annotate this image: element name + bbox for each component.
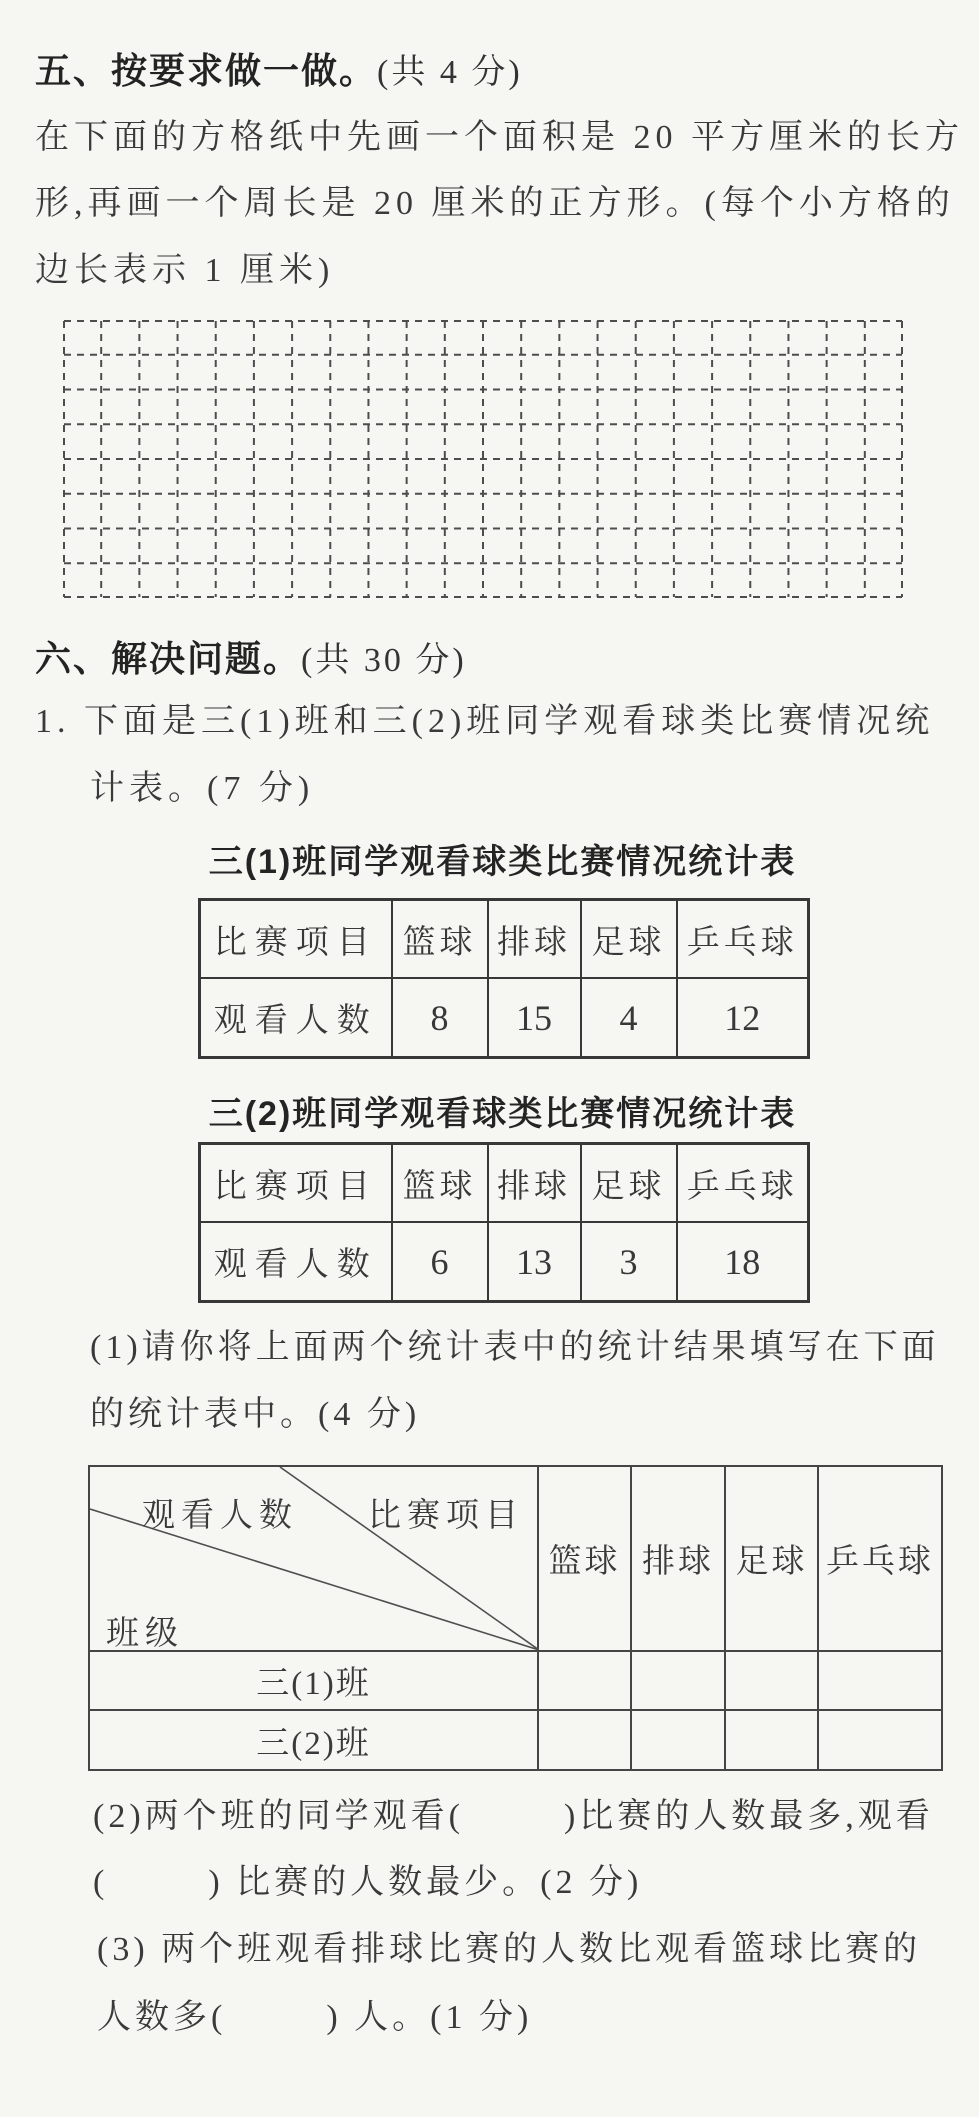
table2-header-cell: 乒乓球 [677,1144,809,1223]
corner-label-items: 比赛项目 [368,1489,524,1536]
drawing-grid [63,320,903,598]
subq1-line-2: 的统计表中。(4 分) [90,1395,420,1435]
fill-table-row-label: 三(2)班 [89,1710,538,1770]
table1-value-basketball: 8 [392,978,488,1058]
table2-header-cell: 比赛项目 [200,1144,392,1223]
table2-title: 三(2)班同学观看球类比赛情况统计表 [178,1086,827,1135]
fill-table-header-cell: 篮球 [538,1466,631,1651]
empty-answer-cell [538,1651,631,1710]
corner-label-viewers: 观看人数 [142,1489,298,1536]
question1-line-2: 计表。(7 分) [90,769,314,809]
table1-header-cell: 足球 [581,900,677,979]
section6-heading: 六、解决问题。(共 30 分) [35,638,467,680]
table-class2: 比赛项目 篮球 排球 足球 乒乓球 观看人数 6 13 3 18 [198,1142,810,1303]
table1-value-pingpong: 12 [677,978,809,1058]
table1-title: 三(1)班同学观看球类比赛情况统计表 [178,834,827,883]
table1-value-football: 4 [581,978,677,1058]
section5-heading-score: (共 4 分) [377,54,523,91]
table1-header-cell: 篮球 [392,900,488,979]
fill-table-corner-cell: 观看人数 比赛项目 班级 [89,1466,538,1651]
empty-answer-cell [818,1710,942,1770]
empty-answer-cell [725,1651,818,1710]
table2-data-row: 观看人数 6 13 3 18 [200,1222,809,1302]
empty-answer-cell [538,1710,631,1770]
section6-heading-score: (共 30 分) [301,642,467,679]
table2-value-basketball: 6 [392,1222,488,1302]
table2-value-volleyball: 13 [488,1222,581,1302]
table2-header-row: 比赛项目 篮球 排球 足球 乒乓球 [200,1144,809,1223]
table2-header-cell: 篮球 [392,1144,488,1223]
section5-heading-text: 五、按要求做一做。 [35,50,377,91]
subq2-line-2: ( ) 比赛的人数最少。(2 分) [93,1863,642,1903]
fill-table-row-class2: 三(2)班 [89,1710,942,1770]
table1-value-volleyball: 15 [488,978,581,1058]
fill-table-row-label: 三(1)班 [89,1651,538,1710]
table1-header-cell: 排球 [488,900,581,979]
summary-fill-table: 观看人数 比赛项目 班级 篮球 排球 足球 乒乓球 三(1)班 三(2)班 [88,1465,943,1771]
section5-body-line-3: 边长表示 1 厘米) [35,251,334,291]
section5-body-line-2: 形,再画一个周长是 20 厘米的正方形。(每个小方格的 [35,184,955,224]
table1-row-label: 观看人数 [200,978,392,1058]
fill-table-header-cell: 排球 [631,1466,725,1651]
empty-answer-cell [631,1651,725,1710]
table2-row-label: 观看人数 [200,1222,392,1302]
section6-heading-text: 六、解决问题。 [35,638,301,679]
subq2-line-1: (2)两个班的同学观看( )比赛的人数最多,观看 [93,1797,934,1837]
subq1-line-1: (1)请你将上面两个统计表中的统计结果填写在下面 [90,1328,940,1368]
subq3-line-1: (3) 两个班观看排球比赛的人数比观看篮球比赛的 [97,1930,921,1970]
fill-table-header-cell: 乒乓球 [818,1466,942,1651]
table2-header-cell: 排球 [488,1144,581,1223]
empty-answer-cell [631,1710,725,1770]
corner-label-classes: 班级 [106,1607,184,1654]
table1-header-row: 比赛项目 篮球 排球 足球 乒乓球 [200,900,809,979]
table2-header-cell: 足球 [581,1144,677,1223]
fill-table-header-row: 观看人数 比赛项目 班级 篮球 排球 足球 乒乓球 [89,1466,942,1651]
subq3-line-2: 人数多( ) 人。(1 分) [97,1998,532,2038]
table2-value-pingpong: 18 [677,1222,809,1302]
table2-value-football: 3 [581,1222,677,1302]
fill-table-row-class1: 三(1)班 [89,1651,942,1710]
question1-line-1: 1. 下面是三(1)班和三(2)班同学观看球类比赛情况统 [35,702,934,742]
table1-header-cell: 乒乓球 [677,900,809,979]
table-class1: 比赛项目 篮球 排球 足球 乒乓球 观看人数 8 15 4 12 [198,898,810,1059]
empty-answer-cell [818,1651,942,1710]
table1-header-cell: 比赛项目 [200,900,392,979]
table1-data-row: 观看人数 8 15 4 12 [200,978,809,1058]
section5-body-line-1: 在下面的方格纸中先画一个面积是 20 平方厘米的长方 [35,118,964,158]
fill-table-header-cell: 足球 [725,1466,818,1651]
empty-answer-cell [725,1710,818,1770]
section5-heading: 五、按要求做一做。(共 4 分) [35,50,523,92]
